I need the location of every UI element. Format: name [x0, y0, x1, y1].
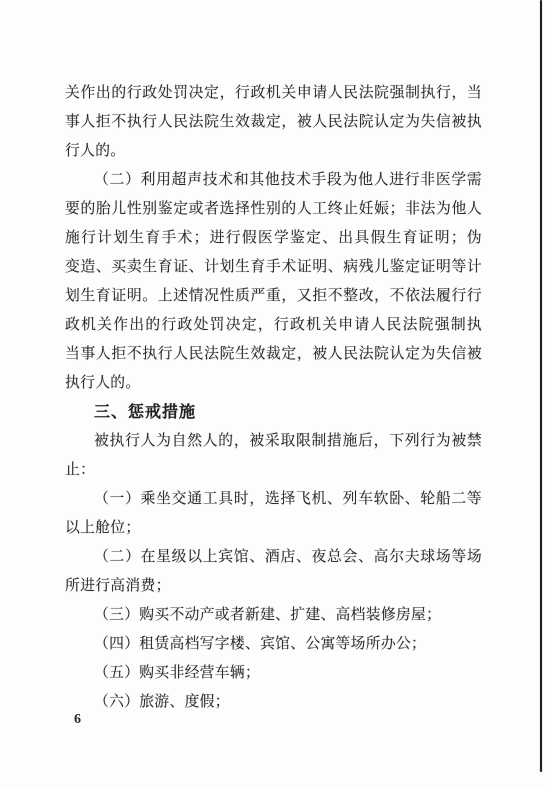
text-line: 事人拒不执行人民法院生效裁定，被人民法院认定为失信被执: [65, 108, 482, 137]
text-line: （四）租赁高档写字楼、宾馆、公寓等场所办公；: [65, 630, 482, 659]
page-number: 6: [74, 712, 81, 728]
text-line: 所进行高消费；: [65, 572, 482, 601]
text-line: 执行人的。: [65, 369, 482, 398]
document-body: 关作出的行政处罚决定，行政机关申请人民法院强制执行，当事人拒不执行人民法院生效裁…: [65, 79, 482, 717]
text-line: 变造、买卖生育证、计划生育手术证明、病残儿鉴定证明等计: [65, 253, 482, 282]
text-line: （五）购买非经营车辆；: [65, 659, 482, 688]
text-line: 施行计划生育手术；进行假医学鉴定、出具假生育证明；伪造、: [65, 224, 482, 253]
text-line: 行人的。: [65, 137, 482, 166]
text-line: 划生育证明。上述情况性质严重，又拒不整改，不依法履行行: [65, 282, 482, 311]
text-line: 当事人拒不执行人民法院生效裁定，被人民法院认定为失信被: [65, 340, 482, 369]
text-line: （三）购买不动产或者新建、扩建、高档装修房屋；: [65, 601, 482, 630]
text-line: 要的胎儿性别鉴定或者选择性别的人工终止妊娠；非法为他人: [65, 195, 482, 224]
scanned-document-page: 关作出的行政处罚决定，行政机关申请人民法院强制执行，当事人拒不执行人民法院生效裁…: [0, 0, 546, 787]
section-heading: 三、惩戒措施: [65, 398, 482, 427]
text-line: 被执行人为自然人的，被采取限制措施后，下列行为被禁: [65, 427, 482, 456]
text-line: （二）在星级以上宾馆、酒店、夜总会、高尔夫球场等场: [65, 543, 482, 572]
text-line: 关作出的行政处罚决定，行政机关申请人民法院强制执行，当: [65, 79, 482, 108]
scan-edge-line: [540, 0, 542, 772]
text-line: 政机关作出的行政处罚决定，行政机关申请人民法院强制执行，: [65, 311, 482, 340]
text-line: （一）乘坐交通工具时，选择飞机、列车软卧、轮船二等: [65, 485, 482, 514]
text-line: 止：: [65, 456, 482, 485]
text-line: （六）旅游、度假；: [65, 688, 482, 717]
text-line: 以上舱位；: [65, 514, 482, 543]
text-line: （二）利用超声技术和其他技术手段为他人进行非医学需: [65, 166, 482, 195]
